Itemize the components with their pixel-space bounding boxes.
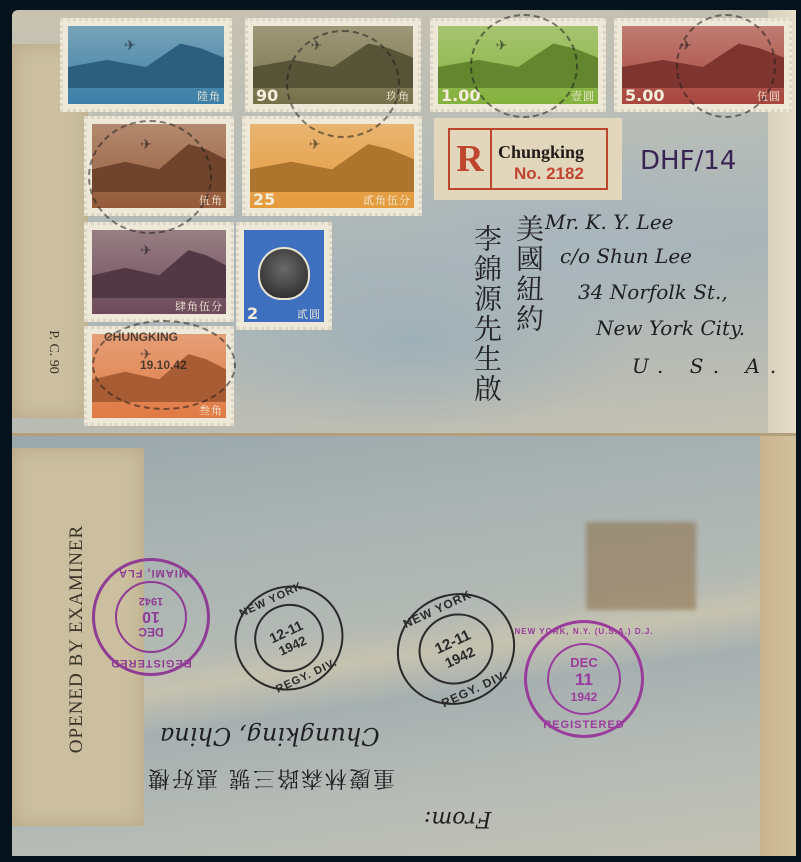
address-line-4: New York City. [596,316,745,340]
cancel-miami-registered: REGISTERED DEC 10 1942 MIAMI, FLA. [92,558,210,676]
postmark-date: 19.10.42 [140,358,187,372]
stamp-denomination: 壹圓 [571,88,595,104]
postmark-chungking-2: CHUNGKING 19.10.42 [92,320,236,410]
registration-city: Chungking [498,142,584,163]
cancel-miami-bottom: MIAMI, FLA. [114,567,188,579]
address-line-5: U. S. A. [632,354,786,378]
postmark-chungking-5 [286,30,400,138]
stamp-denomination: 貳角伍分 [363,192,411,208]
censor-tape-front-label: P. C. 90 [45,307,61,397]
cancel-nyreg-bottom: REGISTERED [543,719,625,731]
airplane-icon: ✈ [140,242,152,259]
stamp-removal-stain [586,522,696,610]
stamp-denomination: 叁角 [199,402,223,418]
stamp-dr-sun-yat-sen: 2貳圓 [236,222,332,330]
registration-letter: R [450,130,492,188]
address-chinese-country-city: 美國紐約 [508,214,548,334]
stamp-denomination: 陸角 [197,88,221,104]
stamp-air-60c: ✈陸角 [60,18,232,112]
stamp-denomination: 貳圓 [297,306,321,322]
stamp-value: 5.00 [625,86,664,105]
registration-label-frame: R Chungking No. 2182 [448,128,608,190]
cancel-ny-registered: NEW YORK, N.Y. (U.S.A.) D.J. DEC 11 1942… [524,620,644,738]
reference-mark: DHF/14 [640,146,736,176]
registration-number: No. 2182 [514,164,584,184]
stamp-value: 90 [256,86,278,105]
portrait-icon [258,247,309,300]
sender-signature: From: [424,806,491,831]
address-chinese-recipient: 李錦源先生啟 [466,224,506,404]
postmark-city: CHUNGKING [104,330,178,344]
airplane-icon: ✈ [309,136,321,153]
great-wall-mountain-icon [250,142,414,192]
sender-address-chinese: 重慶林森路三號 惠好樓 [146,764,395,795]
great-wall-mountain-icon [92,248,226,298]
postmark-chungking-4 [676,14,776,118]
stamp-value: 2 [247,304,258,323]
sender-address-english: Chungking, China [160,722,380,750]
cancel-nyreg-top: NEW YORK, N.Y. (U.S.A.) D.J. [515,627,654,636]
address-line-2: c/o Shun Lee [560,244,692,268]
airplane-icon: ✈ [124,37,136,54]
censor-tape-back-label: OPENED BY EXAMINER [66,489,88,789]
great-wall-mountain-icon [68,41,224,88]
address-line-1: Mr. K. Y. Lee [545,210,674,234]
cover-back-flap-edge [760,436,796,856]
postmark-chungking-3 [470,14,578,118]
stamp-air-45c: ✈肆角伍分 [84,222,234,322]
stamp-denomination: 肆角伍分 [175,298,223,314]
cancel-miami-top: REGISTERED [110,657,192,669]
stamp-value: 25 [253,190,275,209]
registration-label: R Chungking No. 2182 [434,118,622,200]
postmark-chungking-1 [88,120,212,234]
address-line-3: 34 Norfolk St., [578,280,728,304]
